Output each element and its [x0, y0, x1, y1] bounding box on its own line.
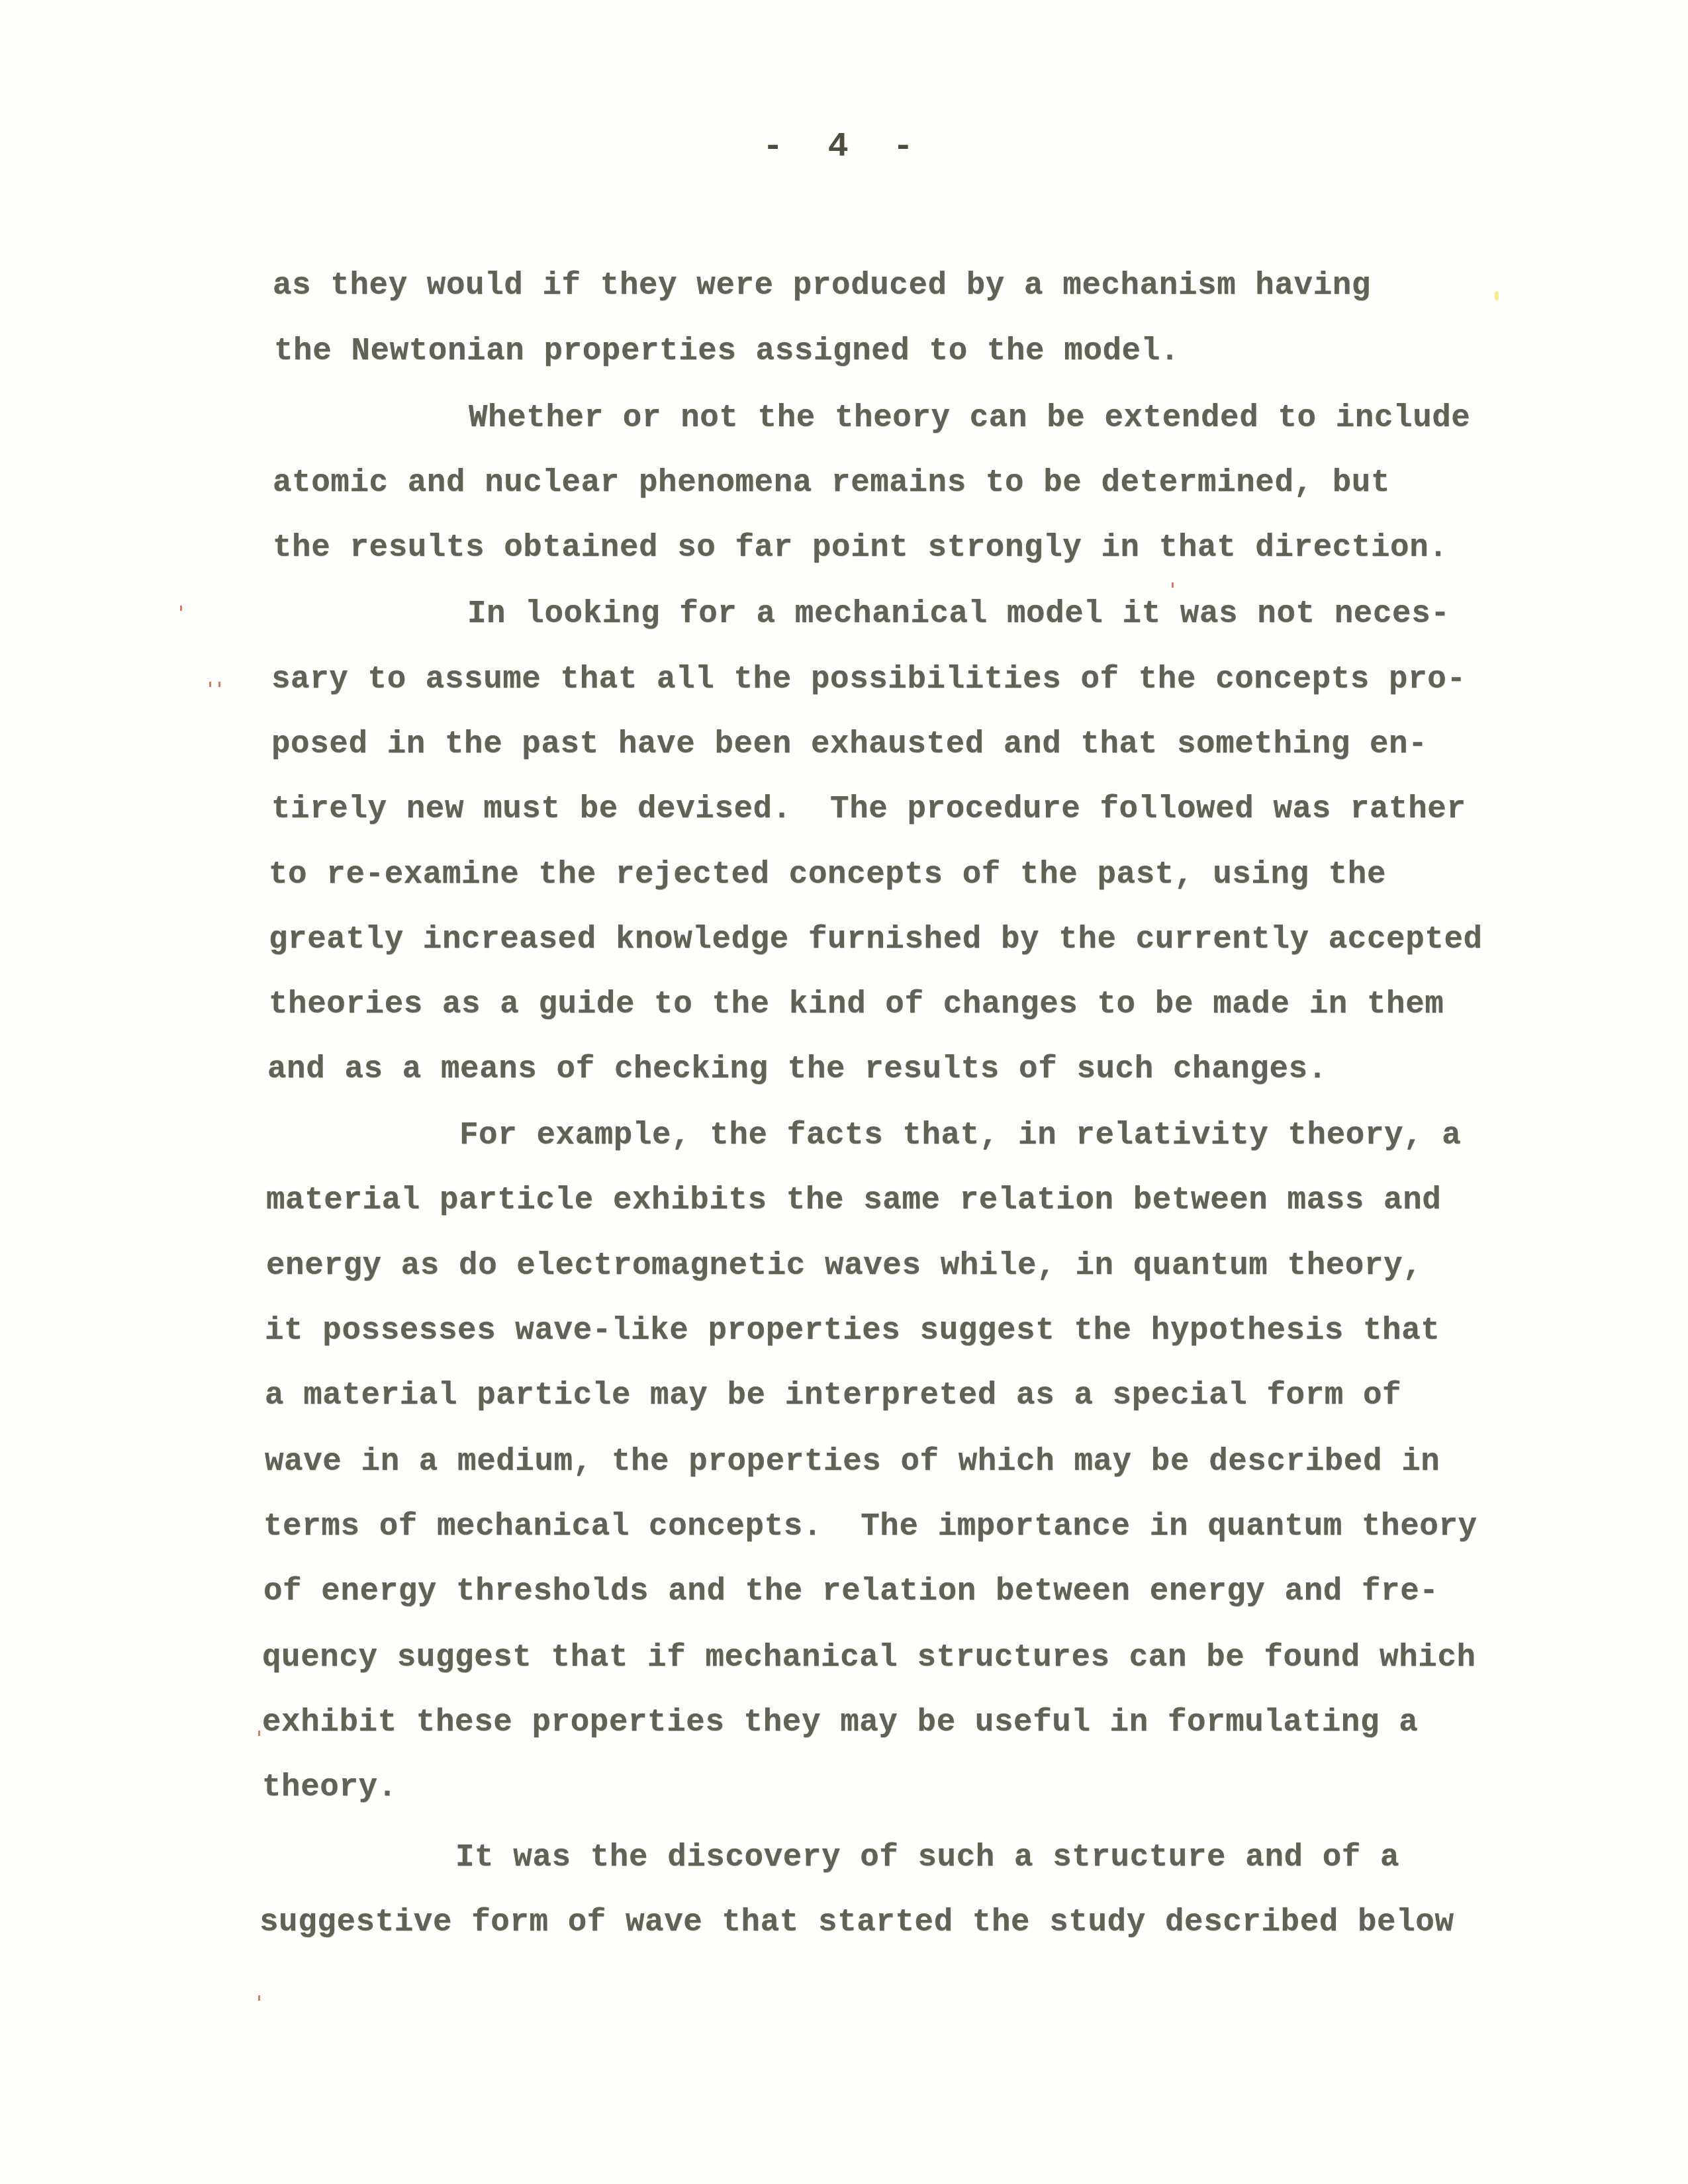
- text-line: quency suggest that if mechanical struct…: [262, 1640, 1476, 1676]
- text-line: exhibit these properties they may be use…: [262, 1705, 1418, 1741]
- scan-speck: [218, 682, 220, 687]
- scan-speck: [1172, 582, 1174, 588]
- text-line: terms of mechanical concepts. The import…: [263, 1509, 1477, 1545]
- text-line: theory.: [262, 1770, 397, 1805]
- text-line: of energy thresholds and the relation be…: [263, 1574, 1438, 1610]
- text-line: atomic and nuclear phenomena remains to …: [273, 465, 1390, 501]
- scan-speck: [258, 1731, 260, 1736]
- text-line: Whether or not the theory can be extende…: [469, 400, 1470, 436]
- text-line: suggestive form of wave that started the…: [259, 1905, 1454, 1940]
- text-line: as they would if they were produced by a…: [273, 268, 1371, 304]
- scan-speck: [258, 1995, 260, 2001]
- text-line: to re-examine the rejected concepts of t…: [269, 857, 1386, 893]
- text-line: tirely new must be devised. The procedur…: [271, 792, 1466, 827]
- text-line: energy as do electromagnetic waves while…: [266, 1248, 1422, 1284]
- text-line: greatly increased knowledge furnished by…: [269, 922, 1483, 958]
- text-line: the results obtained so far point strong…: [273, 530, 1448, 566]
- scan-speck: [209, 682, 211, 687]
- text-line: wave in a medium, the properties of whic…: [265, 1444, 1440, 1480]
- text-line: and as a means of checking the results o…: [267, 1052, 1327, 1087]
- text-line: material particle exhibits the same rela…: [266, 1183, 1441, 1218]
- text-line: For example, the facts that, in relativi…: [459, 1118, 1461, 1154]
- scan-speck: [180, 606, 182, 611]
- text-line: a material particle may be interpreted a…: [265, 1378, 1401, 1414]
- text-line: sary to assume that all the possibilitie…: [271, 662, 1466, 698]
- text-line: theories as a guide to the kind of chang…: [269, 987, 1444, 1023]
- text-line: the Newtonian properties assigned to the…: [274, 334, 1180, 369]
- text-line: posed in the past have been exhausted an…: [271, 727, 1427, 762]
- typewritten-page: - 4 - as they would if they were produce…: [0, 0, 1688, 2184]
- text-line: It was the discovery of such a structure…: [455, 1840, 1399, 1876]
- page-number: - 4 -: [0, 127, 1688, 166]
- scan-speck: [1495, 291, 1499, 300]
- text-line: In looking for a mechanical model it was…: [467, 596, 1450, 632]
- text-line: it possesses wave-like properties sugges…: [265, 1313, 1440, 1349]
